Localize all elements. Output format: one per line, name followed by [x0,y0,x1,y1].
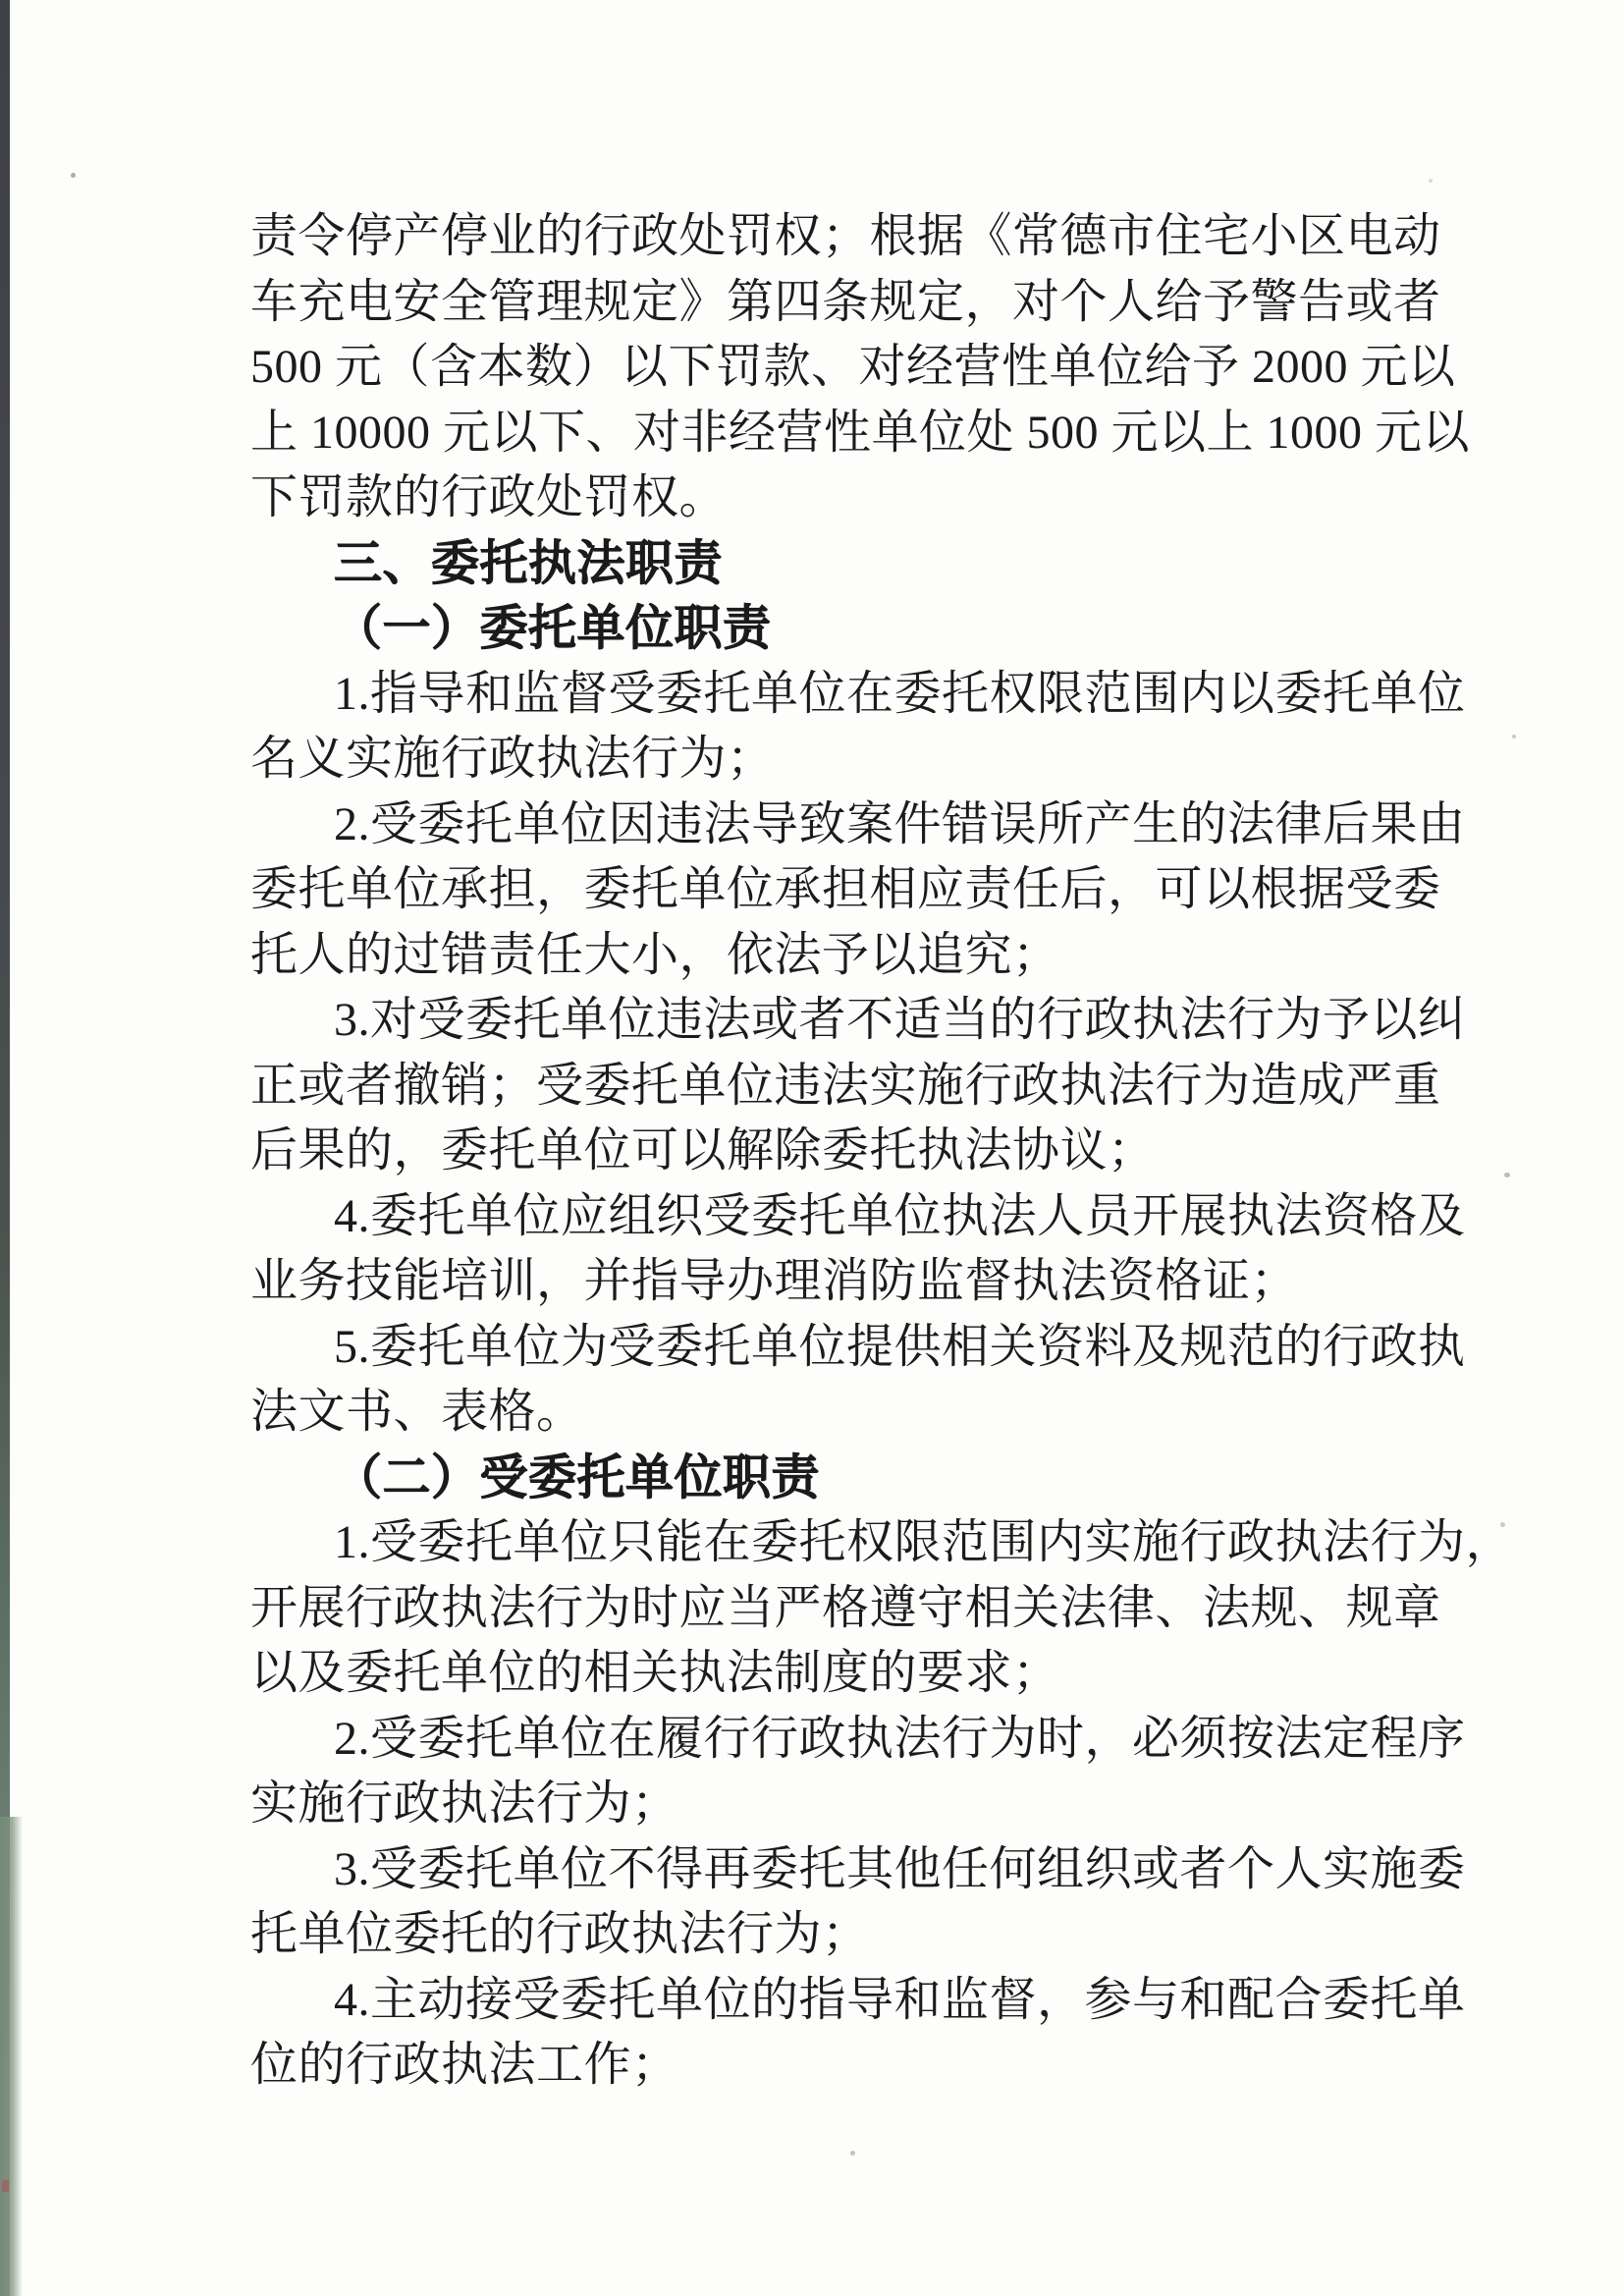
text-line: 上 10000 元以下、对非经营性单位处 500 元以上 1000 元以 [250,401,1468,466]
document-text: 责令停产停业的行政处罚权；根据《常德市住宅小区电动车充电安全管理规定》第四条规定… [250,204,1468,2099]
scanned-document-page: 责令停产停业的行政处罚权；根据《常德市住宅小区电动车充电安全管理规定》第四条规定… [0,0,1624,2296]
section-heading-line: 三、委托执法职责 [250,531,1468,597]
text-line: 1.指导和监督受委托单位在委托权限范围内以委托单位 [250,662,1468,728]
text-line: 实施行政执法行为； [250,1772,1468,1837]
text-line: 后果的，委托单位可以解除委托执法协议； [250,1119,1468,1184]
scan-speck [1504,1173,1510,1177]
text-line: 下罚款的行政处罚权。 [250,465,1468,531]
text-line: 车充电安全管理规定》第四条规定，对个人给予警告或者 [250,270,1468,336]
text-line: 名义实施行政执法行为； [250,727,1468,793]
text-line: 托人的过错责任大小，依法予以追究； [250,923,1468,989]
section-heading-line: （一）委托单位职责 [250,596,1468,662]
text-line: 业务技能培训，并指导办理消防监督执法资格证； [250,1249,1468,1315]
scan-edge-left-bottom [0,1817,23,2296]
text-line: 5.委托单位为受委托单位提供相关资料及规范的行政执 [250,1315,1468,1381]
text-line: 位的行政执法工作； [250,2033,1468,2099]
scan-speck [850,2151,855,2156]
text-line: 2.受委托单位因违法导致案件错误所产生的法律后果由 [250,793,1468,858]
text-line: 1.受委托单位只能在委托权限范围内实施行政执法行为， [250,1510,1468,1576]
text-line: 法文书、表格。 [250,1380,1468,1446]
text-line: 托单位委托的行政执法行为； [250,1902,1468,1968]
text-line: 3.对受委托单位违法或者不适当的行政执法行为予以纠 [250,988,1468,1054]
scan-speck [1429,179,1433,183]
text-line: 正或者撤销；受委托单位违法实施行政执法行为造成严重 [250,1054,1468,1120]
scan-speck [2,2180,9,2192]
section-heading-line: （二）受委托单位职责 [250,1446,1468,1511]
scan-speck [1512,735,1516,738]
text-line: 2.受委托单位在履行行政执法行为时，必须按法定程序 [250,1707,1468,1773]
text-line: 责令停产停业的行政处罚权；根据《常德市住宅小区电动 [250,204,1468,270]
text-line: 500 元（含本数）以下罚款、对经营性单位给予 2000 元以 [250,335,1468,401]
text-line: 开展行政执法行为时应当严格遵守相关法律、法规、规章 [250,1576,1468,1642]
scan-speck [71,173,76,178]
text-line: 以及委托单位的相关执法制度的要求； [250,1641,1468,1707]
text-line: 3.受委托单位不得再委托其他任何组织或者个人实施委 [250,1837,1468,1903]
text-line: 4.委托单位应组织受委托单位执法人员开展执法资格及 [250,1184,1468,1250]
text-line: 4.主动接受委托单位的指导和监督，参与和配合委托单 [250,1968,1468,2034]
text-line: 委托单位承担，委托单位承担相应责任后，可以根据受委 [250,857,1468,923]
